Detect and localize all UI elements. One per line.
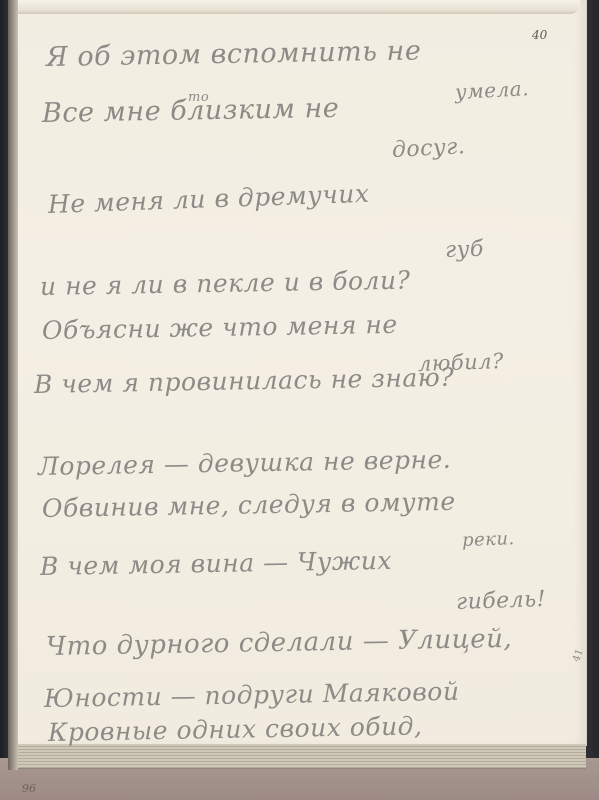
handwritten-line: реки. [462, 528, 515, 551]
page-stack-edges [18, 744, 586, 769]
top-page-curl [18, 0, 580, 14]
handwritten-line: Объясни же что меня не [42, 310, 398, 345]
handwritten-line: гибель! [456, 587, 547, 615]
handwritten-line: Я об этом вспомнить не [46, 35, 422, 73]
handwritten-line: губ [445, 237, 485, 263]
handwritten-line: Все мне близким не [42, 93, 340, 129]
handwritten-line: В чем моя вина — Чужих [40, 546, 392, 581]
scanned-notebook-page: 40 41 96 Я об этом вспомнить неумела.тоВ… [0, 0, 599, 800]
handwritten-line: умела. [454, 76, 529, 104]
handwritten-line: досуг. [391, 134, 466, 163]
left-page-edge [8, 0, 18, 770]
underlying-page-number: 96 [22, 782, 36, 795]
page-number: 40 [532, 28, 547, 42]
